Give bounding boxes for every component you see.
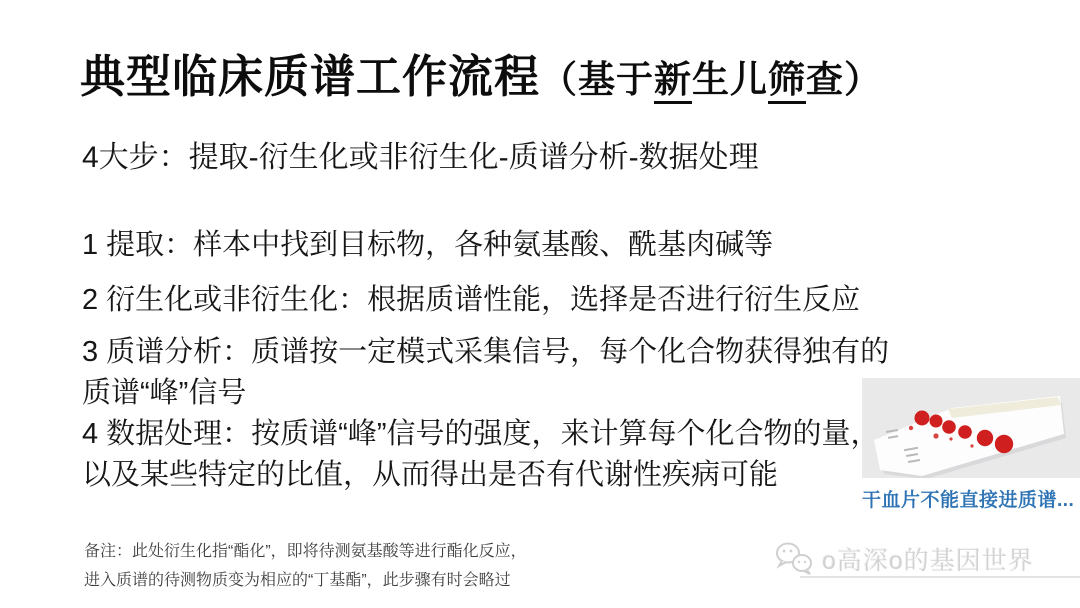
page-title: 典型临床质谱工作流程（基于新生儿筛查） bbox=[80, 48, 882, 109]
step-1-line-1: 1 提取：样本中找到目标物，各种氨基酸、酰基肉碱等 bbox=[82, 225, 773, 266]
title-main: 典型临床质谱工作流程 bbox=[80, 51, 540, 102]
title-paren-open: （基于 bbox=[540, 59, 654, 100]
title-underlined-xin: 新 bbox=[654, 59, 692, 104]
title-underlined-shai: 筛 bbox=[768, 59, 806, 104]
wechat-icon bbox=[774, 541, 814, 577]
step-4-line-2: 以及某些特定的比值，从而得出是否有代谢性疾病可能 bbox=[82, 455, 880, 496]
title-mid: 生儿 bbox=[692, 59, 768, 100]
figure-caption: 干血片不能直接进质谱... bbox=[862, 485, 1080, 512]
title-paren: （基于新生儿筛查） bbox=[540, 59, 882, 104]
watermark-underline bbox=[800, 576, 1080, 578]
step-3-ms-analysis: 3 质谱分析：质谱按一定模式采集信号，每个化合物获得独有的 质谱“峰”信号 bbox=[82, 332, 889, 414]
step-4-line-1: 4 数据处理：按质谱“峰”信号的强度，来计算每个化合物的量， bbox=[82, 414, 880, 455]
step-4-data-processing: 4 数据处理：按质谱“峰”信号的强度，来计算每个化合物的量， 以及某些特定的比值… bbox=[82, 414, 880, 496]
dried-blood-spot-card-photo bbox=[862, 378, 1080, 478]
step-3-line-2: 质谱“峰”信号 bbox=[82, 373, 889, 414]
step-2-derivatization: 2 衍生化或非衍生化：根据质谱性能，选择是否进行衍生反应 bbox=[82, 280, 860, 321]
footnote-line-2: 进入质谱的待测物质变为相应的“丁基酯”，此步骤有时会略过 bbox=[84, 566, 527, 595]
step-1-extraction: 1 提取：样本中找到目标物，各种氨基酸、酰基肉碱等 bbox=[82, 225, 773, 266]
footnote-line-1: 备注：此处衍生化指“酯化”，即将待测氨基酸等进行酯化反应， bbox=[84, 537, 527, 566]
watermark: o高深o的基因世界 bbox=[774, 538, 1074, 580]
intro-line: 4大步：提取-衍生化或非衍生化-质谱分析-数据处理 bbox=[82, 139, 759, 177]
title-paren-close: 查） bbox=[806, 59, 882, 100]
slide: 典型临床质谱工作流程（基于新生儿筛查） 4大步：提取-衍生化或非衍生化-质谱分析… bbox=[0, 0, 1080, 608]
step-2-line-1: 2 衍生化或非衍生化：根据质谱性能，选择是否进行衍生反应 bbox=[82, 280, 860, 321]
watermark-text: o高深o的基因世界 bbox=[822, 541, 1034, 577]
blood-spot-figure: 干血片不能直接进质谱... bbox=[862, 378, 1080, 512]
step-3-line-1: 3 质谱分析：质谱按一定模式采集信号，每个化合物获得独有的 bbox=[82, 332, 889, 373]
footnote: 备注：此处衍生化指“酯化”，即将待测氨基酸等进行酯化反应， 进入质谱的待测物质变… bbox=[84, 537, 527, 595]
